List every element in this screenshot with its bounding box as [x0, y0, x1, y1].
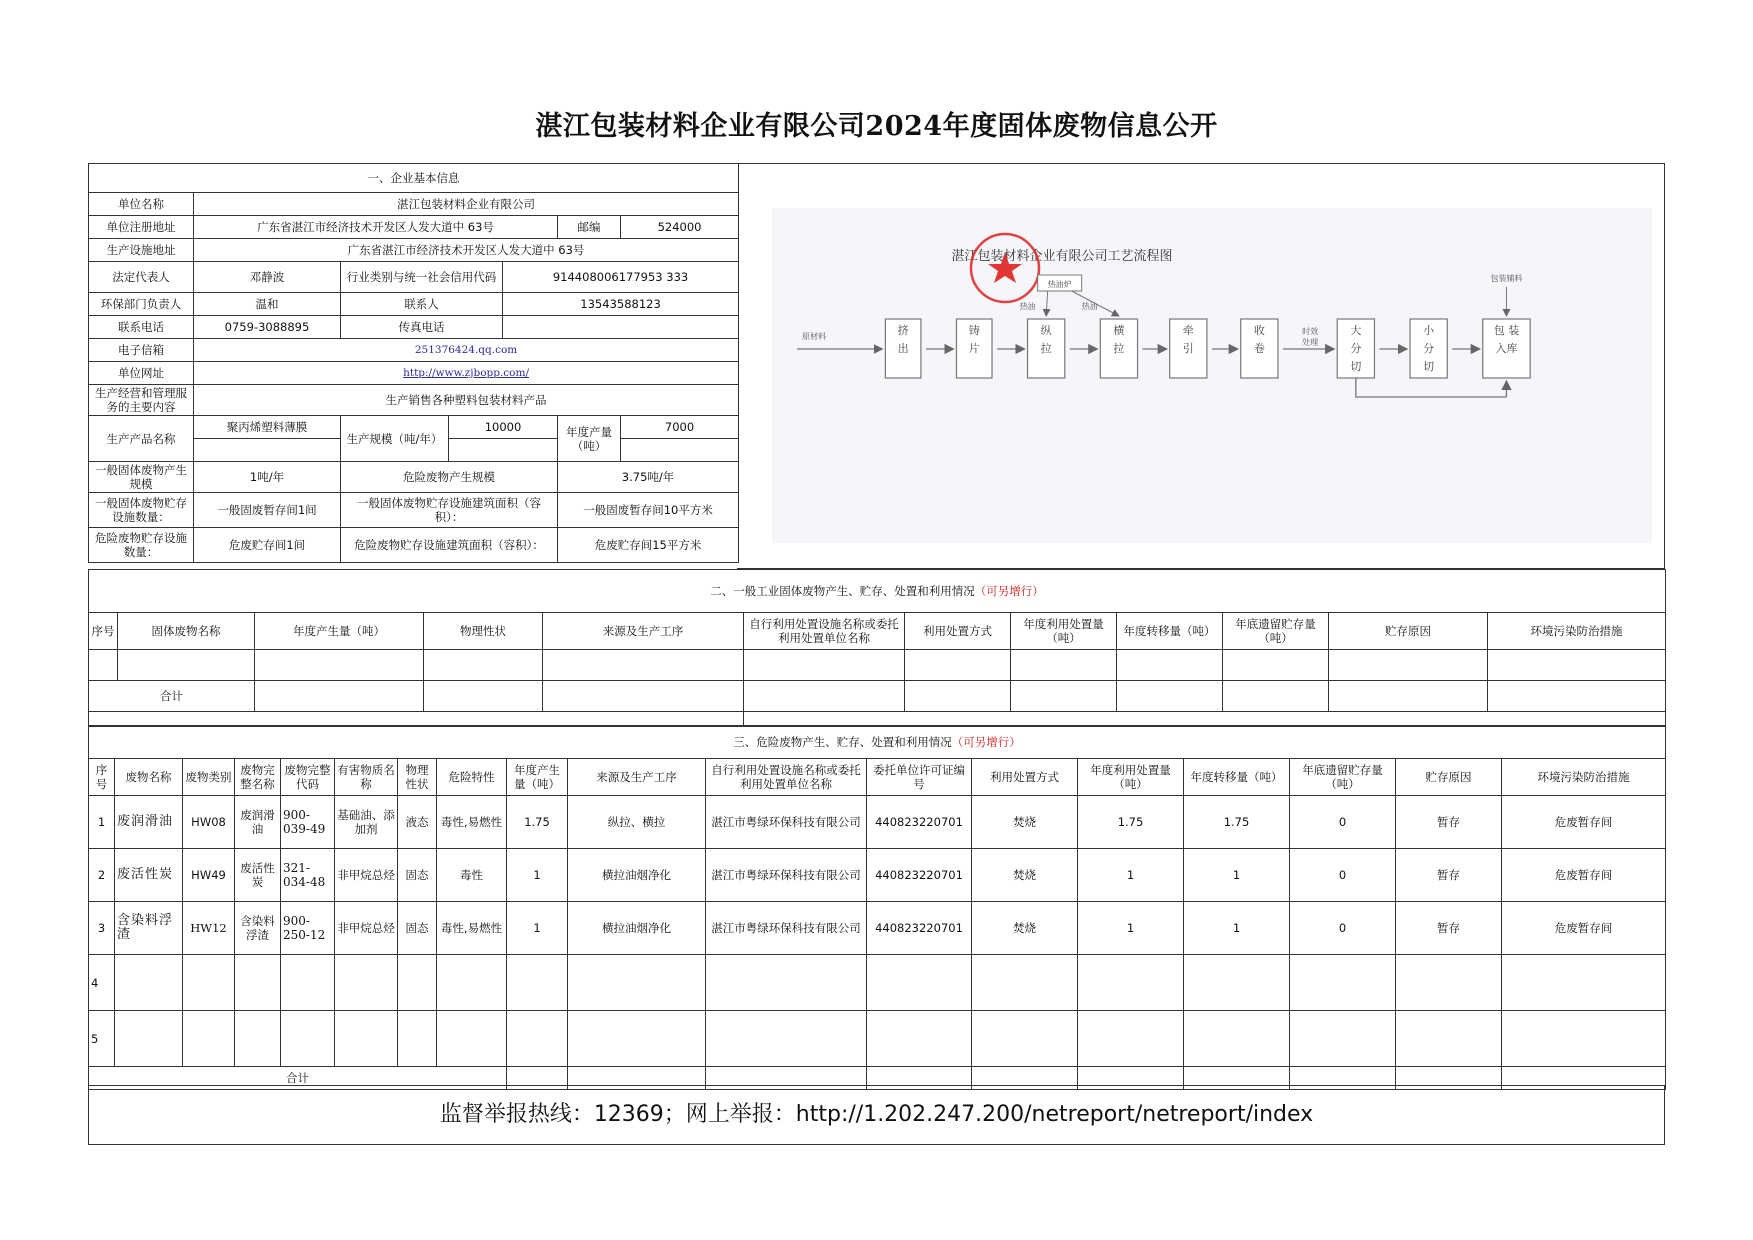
table-cell: 液态: [398, 796, 437, 849]
table-cell: 暂存: [1396, 849, 1502, 902]
hazardous-waste-table: 三、危险废物产生、贮存、处置和利用情况（可另增行） 序号废物名称废物类别废物完整…: [88, 725, 1666, 1090]
table-cell: 焚烧: [972, 849, 1078, 902]
general-storage-area: 一般固废暂存间10平方米: [558, 493, 739, 528]
column-header: 物理性状: [424, 613, 543, 650]
table-cell: 横拉油烟净化: [568, 849, 706, 902]
table-cell: 0: [1290, 796, 1396, 849]
svg-text:热油炉: 热油炉: [1048, 279, 1072, 289]
svg-text:引: 引: [1183, 341, 1194, 355]
table-cell: 1: [1078, 849, 1184, 902]
column-header: 年度利用处置量（吨）: [1078, 759, 1184, 796]
table-cell: 废活性炭: [235, 849, 281, 902]
table-cell: 4: [89, 955, 115, 1011]
label: 危险废物贮存设施建筑面积（容积）：: [341, 528, 558, 563]
section1-heading: 一、企业基本信息: [89, 164, 739, 193]
table-row: 5: [89, 1011, 1666, 1067]
table-cell: [867, 955, 972, 1011]
phone: 0759-3088895: [194, 316, 341, 339]
table-cell: [1502, 955, 1666, 1011]
column-header: 利用处置方式: [905, 613, 1011, 650]
general-waste-table: 二、一般工业固体废物产生、贮存、处置和利用情况（可另增行） 序号固体废物名称年度…: [88, 569, 1666, 727]
table-cell: 3: [89, 902, 115, 955]
table-row: 4: [89, 955, 1666, 1011]
table-cell: [1396, 1011, 1502, 1067]
table-cell: [1184, 955, 1290, 1011]
label: 一般固体废物产生规模: [89, 462, 194, 493]
table-cell: 暂存: [1396, 902, 1502, 955]
svg-text:分: 分: [1350, 341, 1361, 355]
table-cell: 1: [507, 902, 568, 955]
label: 生产产品名称: [89, 416, 194, 462]
table-row: 1废润滑油HW08废润滑油900-039-49基础油、添加剂液态毒性,易燃性1.…: [89, 796, 1666, 849]
table-cell: 非甲烷总烃: [335, 902, 398, 955]
column-header: 废物完整名称: [235, 759, 281, 796]
svg-text:原材料: 原材料: [802, 331, 826, 341]
postcode: 524000: [621, 216, 739, 239]
column-header: 有害物质名称: [335, 759, 398, 796]
table-cell: [437, 955, 507, 1011]
table-cell: [115, 955, 183, 1011]
table-cell: 废润滑油: [235, 796, 281, 849]
label: 危险废物贮存设施数量：: [89, 528, 194, 563]
label: 电子信箱: [89, 339, 194, 362]
svg-text:铸: 铸: [969, 323, 980, 337]
table-cell: 1: [1184, 902, 1290, 955]
table-cell: 440823220701: [867, 796, 972, 849]
env-manager: 温和: [194, 293, 341, 316]
table-cell: 1: [1078, 902, 1184, 955]
table-cell: [568, 1011, 706, 1067]
label: 单位注册地址: [89, 216, 194, 239]
svg-text:片: 片: [969, 341, 980, 355]
table-cell: 废润滑油: [115, 796, 183, 849]
table-cell: [1078, 955, 1184, 1011]
column-header: 序号: [89, 613, 118, 650]
total-label: 合计: [89, 681, 255, 712]
business: 生产销售各种塑料包装材料产品: [194, 385, 739, 416]
label: 单位名称: [89, 193, 194, 216]
table-cell: 900-039-49: [281, 796, 335, 849]
table-cell: 毒性,易燃性: [437, 796, 507, 849]
table-cell: 321-034-48: [281, 849, 335, 902]
annual-output-2: [621, 439, 739, 462]
column-header: 危险特性: [437, 759, 507, 796]
table-cell: [281, 1011, 335, 1067]
table-cell: [335, 1011, 398, 1067]
table-row: [89, 650, 1666, 681]
column-header: 年底遗留贮存量（吨）: [1223, 613, 1329, 650]
report-hotline-footer: 监督举报热线：12369；网上举报：http://1.202.247.200/n…: [88, 1085, 1665, 1145]
svg-text:切: 切: [1423, 359, 1434, 373]
label: 法定代表人: [89, 262, 194, 293]
table-cell: 2: [89, 849, 115, 902]
table-cell: [1396, 955, 1502, 1011]
svg-text:纵: 纵: [1041, 323, 1052, 337]
column-header: 年度产生量（吨）: [255, 613, 424, 650]
table-cell: 湛江市粤绿环保科技有限公司: [706, 902, 867, 955]
svg-text:分: 分: [1423, 341, 1434, 355]
flowchart-title: 湛江包装材料企业有限公司工艺流程图: [951, 248, 1172, 264]
label: 生产规模（吨/年）: [341, 416, 449, 462]
column-header: 废物类别: [183, 759, 235, 796]
svg-text:收: 收: [1254, 323, 1265, 337]
table-cell: 440823220701: [867, 902, 972, 955]
fax: [503, 316, 739, 339]
hazard-storage-area: 危废贮存间15平方米: [558, 528, 739, 563]
table-cell: 含染料浮渣: [115, 902, 183, 955]
section3-heading: 三、危险废物产生、贮存、处置和利用情况（可另增行）: [89, 726, 1666, 759]
table-cell: 1: [89, 796, 115, 849]
table-cell: 非甲烷总烃: [335, 849, 398, 902]
table-cell: [281, 955, 335, 1011]
table-cell: [183, 1011, 235, 1067]
scale: 10000: [449, 416, 558, 439]
contact: 13543588123: [503, 293, 739, 316]
hazard-storage-count: 危废贮存间1间: [194, 528, 341, 563]
table-cell: [1290, 1011, 1396, 1067]
table-cell: HW12: [183, 902, 235, 955]
table-cell: [1290, 955, 1396, 1011]
column-header: 委托单位许可证编号: [867, 759, 972, 796]
column-header: 贮存原因: [1329, 613, 1488, 650]
label: 联系电话: [89, 316, 194, 339]
hazard-waste-scale: 3.75吨/年: [558, 462, 739, 493]
table-cell: 固态: [398, 849, 437, 902]
column-header: 年底遗留贮存量（吨）: [1290, 759, 1396, 796]
column-header: 废物完整代码: [281, 759, 335, 796]
table-cell: [972, 955, 1078, 1011]
table-cell: 1: [1184, 849, 1290, 902]
svg-text:处理: 处理: [1302, 337, 1318, 347]
scale-2: [449, 439, 558, 462]
table-cell: [1184, 1011, 1290, 1067]
svg-text:卷: 卷: [1254, 342, 1265, 355]
section3-title: 三、危险废物产生、贮存、处置和利用情况: [733, 735, 952, 749]
svg-text:小: 小: [1423, 323, 1435, 337]
column-header: 来源及生产工序: [543, 613, 744, 650]
svg-text:包 装: 包 装: [1494, 323, 1520, 337]
label: 单位网址: [89, 362, 194, 385]
add-rows-note: （可另增行）: [952, 735, 1021, 749]
column-header: 环境污染防治措施: [1488, 613, 1666, 650]
svg-text:热油: 热油: [1082, 301, 1098, 311]
reg-address: 广东省湛江市经济技术开发区人发大道中 63号: [194, 216, 558, 239]
svg-text:拉: 拉: [1113, 341, 1124, 355]
table-cell: 纵拉、横拉: [568, 796, 706, 849]
label: 邮编: [558, 216, 621, 239]
table-cell: [972, 1011, 1078, 1067]
table-cell: 1.75: [1078, 796, 1184, 849]
table-cell: [706, 955, 867, 1011]
table-cell: [183, 955, 235, 1011]
column-header: 来源及生产工序: [568, 759, 706, 796]
label: 生产经营和管理服务的主要内容: [89, 385, 194, 416]
table-cell: [1078, 1011, 1184, 1067]
table-row: 3含染料浮渣HW12含染料浮渣900-250-12非甲烷总烃固态毒性,易燃性1横…: [89, 902, 1666, 955]
table-cell: [568, 955, 706, 1011]
table-cell: 1: [507, 849, 568, 902]
table-cell: [706, 1011, 867, 1067]
table-cell: 暂存: [1396, 796, 1502, 849]
table-cell: 危废暂存间: [1502, 796, 1666, 849]
table-cell: [115, 1011, 183, 1067]
svg-text:入库: 入库: [1495, 341, 1517, 355]
column-header: 年度转移量（吨）: [1184, 759, 1290, 796]
annual-output: 7000: [621, 416, 739, 439]
svg-text:横: 横: [1113, 323, 1124, 337]
label: 联系人: [341, 293, 503, 316]
column-header: 物理性状: [398, 759, 437, 796]
table-cell: [235, 955, 281, 1011]
table-cell: [335, 955, 398, 1011]
table-cell: [235, 1011, 281, 1067]
column-header: 自行利用处置设施名称或委托利用处置单位名称: [744, 613, 905, 650]
website-link[interactable]: http://www.zjbopp.com/: [194, 362, 739, 385]
svg-text:挤: 挤: [898, 323, 909, 337]
table-cell: HW49: [183, 849, 235, 902]
label: 年度产量（吨）: [558, 416, 621, 462]
column-header: 序号: [89, 759, 115, 796]
table-cell: 湛江市粤绿环保科技有限公司: [706, 849, 867, 902]
column-header: 年度利用处置量（吨）: [1011, 613, 1117, 650]
product-name-2: [194, 439, 341, 462]
svg-text:大: 大: [1350, 323, 1361, 337]
table-cell: 焚烧: [972, 796, 1078, 849]
table-cell: [507, 1011, 568, 1067]
table-cell: [507, 955, 568, 1011]
table-row: 2废活性炭HW49废活性炭321-034-48非甲烷总烃固态毒性1横拉油烟净化湛…: [89, 849, 1666, 902]
column-header: 年度转移量（吨）: [1117, 613, 1223, 650]
email[interactable]: 251376424.qq.com: [194, 339, 739, 362]
svg-text:切: 切: [1350, 359, 1361, 373]
table-cell: 900-250-12: [281, 902, 335, 955]
table-cell: 焚烧: [972, 902, 1078, 955]
section2-heading: 二、一般工业固体废物产生、贮存、处置和利用情况（可另增行）: [89, 570, 1666, 613]
general-storage-count: 一般固废暂存间1间: [194, 493, 341, 528]
legal-rep: 邓静波: [194, 262, 341, 293]
table-cell: 含染料浮渣: [235, 902, 281, 955]
company-name: 湛江包装材料企业有限公司: [194, 193, 739, 216]
svg-text:时效: 时效: [1302, 326, 1318, 336]
flowchart-diagram: 湛江包装材料企业有限公司工艺流程图挤出铸片纵拉横拉牵引收卷大分切小分切包 装入库…: [772, 208, 1652, 543]
svg-text:出: 出: [898, 341, 909, 355]
table-cell: 危废暂存间: [1502, 902, 1666, 955]
label: 环保部门负责人: [89, 293, 194, 316]
table-cell: [437, 1011, 507, 1067]
table-cell: 毒性,易燃性: [437, 902, 507, 955]
table-cell: 5: [89, 1011, 115, 1067]
process-flowchart: 湛江包装材料企业有限公司工艺流程图挤出铸片纵拉横拉牵引收卷大分切小分切包 装入库…: [772, 208, 1652, 543]
svg-text:拉: 拉: [1041, 341, 1052, 355]
table-cell: [867, 1011, 972, 1067]
column-header: 废物名称: [115, 759, 183, 796]
table-cell: [1502, 1011, 1666, 1067]
column-header: 利用处置方式: [972, 759, 1078, 796]
section2-title: 二、一般工业固体废物产生、贮存、处置和利用情况: [710, 584, 975, 598]
column-header: 固体废物名称: [118, 613, 255, 650]
label: 行业类别与统一社会信用代码: [341, 262, 503, 293]
label: 一般固体废物贮存设施数量：: [89, 493, 194, 528]
table-cell: 毒性: [437, 849, 507, 902]
table-cell: [398, 1011, 437, 1067]
label: 传真电话: [341, 316, 503, 339]
total-row: 合计: [89, 681, 1666, 712]
document-title: 湛江包装材料企业有限公司2024年度固体废物信息公开: [0, 104, 1753, 143]
svg-text:牵: 牵: [1183, 323, 1194, 337]
label: 生产设施地址: [89, 239, 194, 262]
add-rows-note: （可另增行）: [975, 584, 1044, 598]
table-cell: 1.75: [1184, 796, 1290, 849]
column-header: 贮存原因: [1396, 759, 1502, 796]
company-info-table: 一、企业基本信息 单位名称 湛江包装材料企业有限公司 单位注册地址 广东省湛江市…: [88, 163, 739, 563]
table-cell: 1.75: [507, 796, 568, 849]
column-header: 年度产生量（吨）: [507, 759, 568, 796]
column-header: 环境污染防治措施: [1502, 759, 1666, 796]
facility-address: 广东省湛江市经济技术开发区人发大道中 63号: [194, 239, 739, 262]
label: 危险废物产生规模: [341, 462, 558, 493]
table-cell: [398, 955, 437, 1011]
column-header: 自行利用处置设施名称或委托利用处置单位名称: [706, 759, 867, 796]
table-cell: 横拉油烟净化: [568, 902, 706, 955]
table-cell: 固态: [398, 902, 437, 955]
general-waste-scale: 1吨/年: [194, 462, 341, 493]
table-cell: 440823220701: [867, 849, 972, 902]
svg-text:热油: 热油: [1020, 301, 1036, 311]
table-cell: 废活性炭: [115, 849, 183, 902]
table-cell: 基础油、添加剂: [335, 796, 398, 849]
product-name: 聚丙烯塑料薄膜: [194, 416, 341, 439]
credit-code: 914408006177953 333: [503, 262, 739, 293]
table-cell: 0: [1290, 902, 1396, 955]
svg-text:包装辅料: 包装辅料: [1490, 273, 1522, 283]
table-cell: 0: [1290, 849, 1396, 902]
table-cell: 危废暂存间: [1502, 849, 1666, 902]
table-cell: HW08: [183, 796, 235, 849]
table-cell: 湛江市粤绿环保科技有限公司: [706, 796, 867, 849]
label: 一般固体废物贮存设施建筑面积（容积）：: [341, 493, 558, 528]
